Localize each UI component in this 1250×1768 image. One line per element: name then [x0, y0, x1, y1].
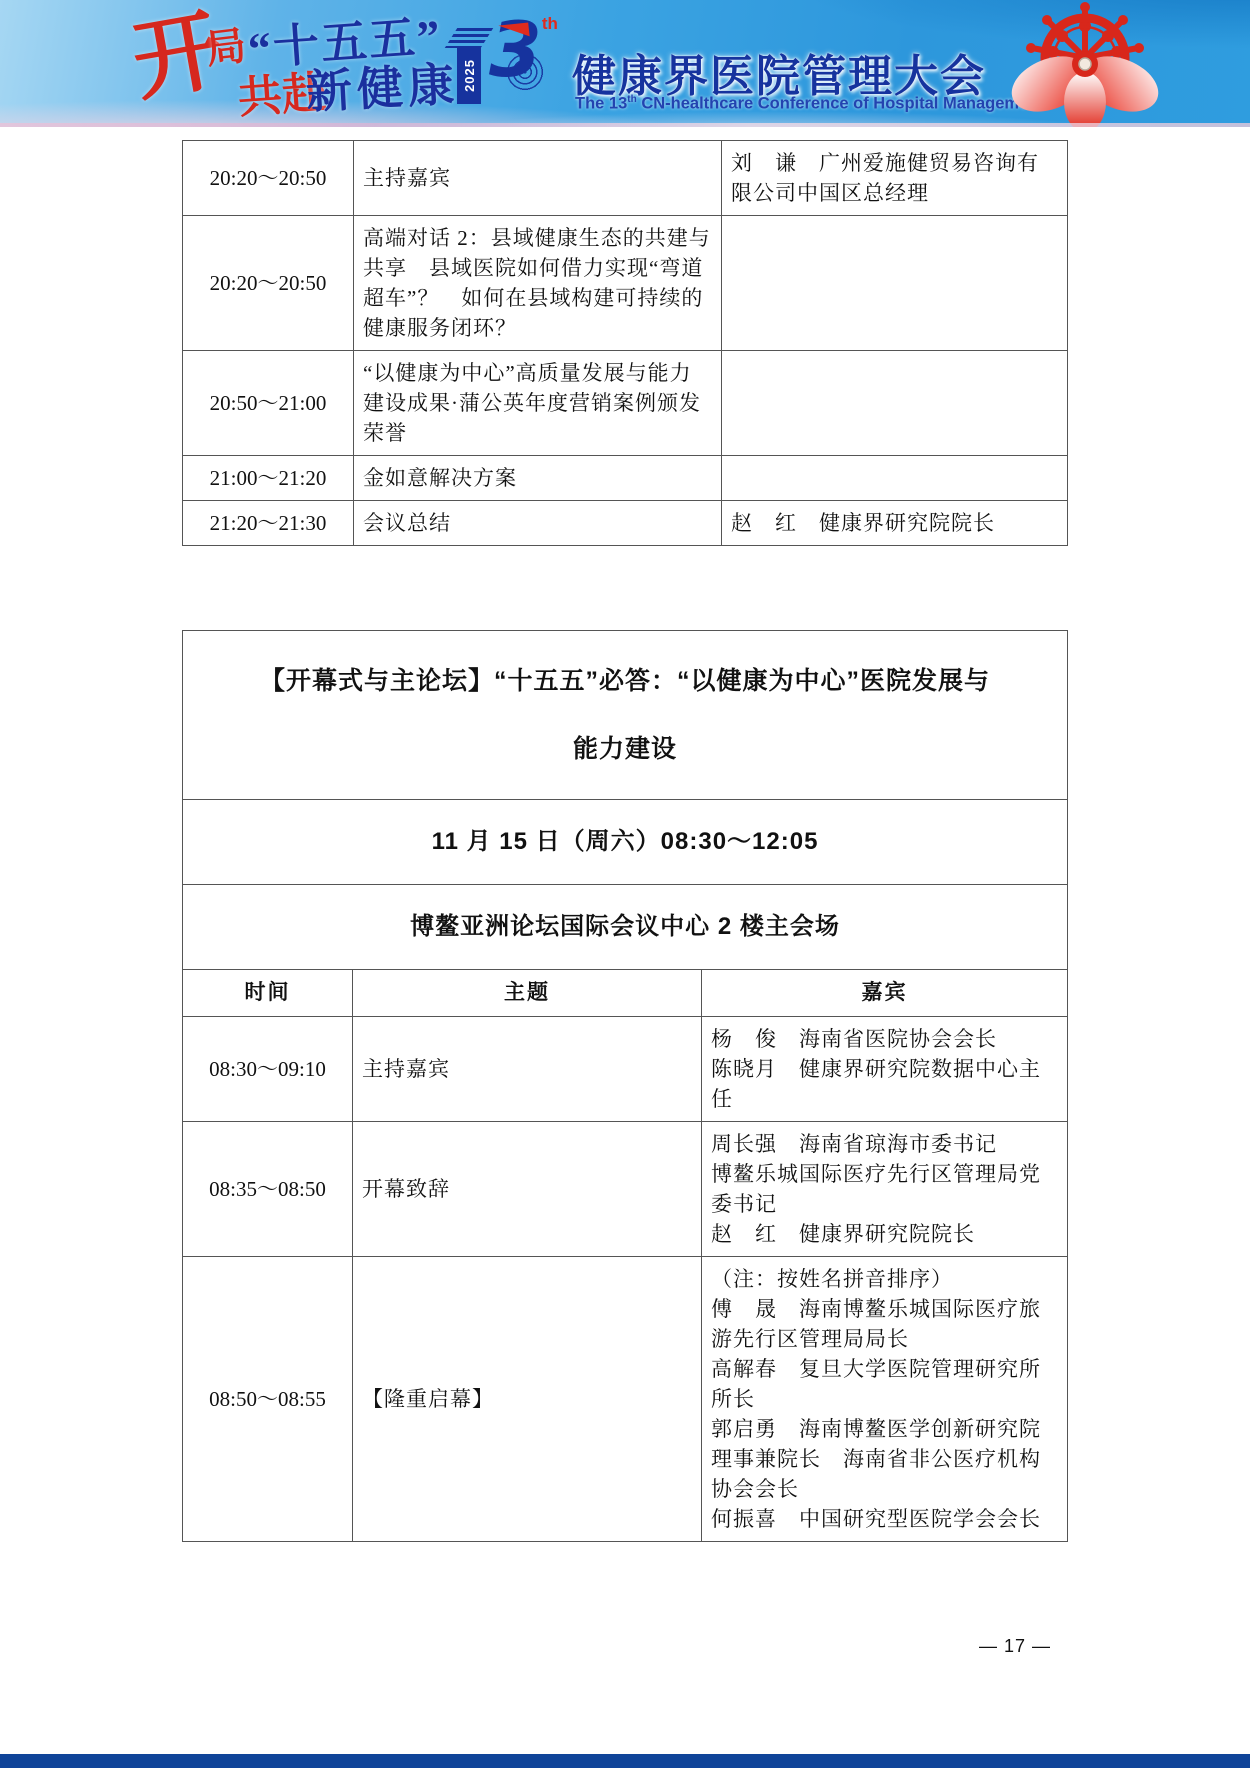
logo-numeral-1: 2025: [455, 26, 487, 104]
section-datetime: 11 月 15 日（周六）08:30～12:05: [183, 800, 1068, 885]
guest-cell: 杨 俊 海南省医院协会会长 陈晓月 健康界研究院数据中心主任: [702, 1017, 1068, 1122]
section-venue-row: 博鳌亚洲论坛国际会议中心 2 楼主会场: [183, 885, 1068, 970]
logo-stripes: [445, 28, 493, 48]
conference-banner: 开 局 “十五五” 共赴 新健康 2025 3 th 健康界医院管理大会 The…: [0, 0, 1250, 127]
topic-cell: 开幕致辞: [353, 1122, 702, 1257]
topic-cell: 会议总结: [354, 501, 722, 546]
opening-forum-table: 【开幕式与主论坛】“十五五”必答：“以健康为中心”医院发展与 能力建设 11 月…: [182, 630, 1068, 1542]
table-row: 21:00～21:20 金如意解决方案: [183, 456, 1068, 501]
guest-cell: （注：按姓名拼音排序） 傅 晟 海南博鳌乐城国际医疗旅游先行区管理局局长 高解春…: [702, 1257, 1068, 1542]
time-cell: 21:20～21:30: [183, 501, 354, 546]
time-cell: 21:00～21:20: [183, 456, 354, 501]
topic-cell: 【隆重启幕】: [353, 1257, 702, 1542]
logo-concentric-arcs: [505, 52, 545, 92]
topic-cell: 主持嘉宾: [354, 141, 722, 216]
table-row: 21:20～21:30 会议总结 赵 红 健康界研究院院长: [183, 501, 1068, 546]
page-number: — 17 —: [940, 1636, 1090, 1657]
slogan-ju: 局: [204, 26, 249, 71]
topic-cell: 主持嘉宾: [353, 1017, 702, 1122]
column-header-row: 时间 主题 嘉宾: [183, 970, 1068, 1017]
table-row: 20:20～20:50 主持嘉宾 刘 谦 广州爱施健贸易咨询有限公司中国区总经理: [183, 141, 1068, 216]
table-row: 08:35～08:50 开幕致辞 周长强 海南省琼海市委书记 博鳌乐城国际医疗先…: [183, 1122, 1068, 1257]
logo-13th: 2025 3 th: [455, 26, 542, 116]
evening-agenda-table: 20:20～20:50 主持嘉宾 刘 谦 广州爱施健贸易咨询有限公司中国区总经理…: [182, 140, 1068, 546]
section-venue: 博鳌亚洲论坛国际会议中心 2 楼主会场: [183, 885, 1068, 970]
column-header-topic: 主题: [353, 970, 702, 1017]
guest-cell: 赵 红 健康界研究院院长: [722, 501, 1068, 546]
ship-wheel-icon: [990, 0, 1180, 127]
footer-bar: [0, 1754, 1250, 1768]
time-cell: 20:50～21:00: [183, 351, 354, 456]
time-cell: 20:20～20:50: [183, 141, 354, 216]
guest-cell: [722, 216, 1068, 351]
section-title-row: 【开幕式与主论坛】“十五五”必答：“以健康为中心”医院发展与 能力建设: [183, 631, 1068, 800]
table-row: 20:20～20:50 高端对话 2：县域健康生态的共建与共享 县域医院如何借力…: [183, 216, 1068, 351]
guest-cell: [722, 456, 1068, 501]
column-header-guest: 嘉宾: [702, 970, 1068, 1017]
section-title: 【开幕式与主论坛】“十五五”必答：“以健康为中心”医院发展与 能力建设: [183, 631, 1068, 800]
table-row: 08:30～09:10 主持嘉宾 杨 俊 海南省医院协会会长 陈晓月 健康界研究…: [183, 1017, 1068, 1122]
section-date-row: 11 月 15 日（周六）08:30～12:05: [183, 800, 1068, 885]
topic-cell: 金如意解决方案: [354, 456, 722, 501]
time-cell: 08:30～09:10: [183, 1017, 353, 1122]
guest-cell: 周长强 海南省琼海市委书记 博鳌乐城国际医疗先行区管理局党委书记 赵 红 健康界…: [702, 1122, 1068, 1257]
time-cell: 08:50～08:55: [183, 1257, 353, 1542]
logo-th-suffix: th: [542, 14, 558, 34]
guest-cell: [722, 351, 1068, 456]
time-cell: 08:35～08:50: [183, 1122, 353, 1257]
table-row: 08:50～08:55 【隆重启幕】 （注：按姓名拼音排序） 傅 晟 海南博鳌乐…: [183, 1257, 1068, 1542]
conference-title-en: The 13th CN-healthcare Conference of Hos…: [575, 94, 1044, 114]
table-row: 20:50～21:00 “以健康为中心”高质量发展与能力建设成果·蒲公英年度营销…: [183, 351, 1068, 456]
slogan-xinjiankang: 新健康: [305, 62, 460, 116]
logo-numeral-3: 3 th: [489, 12, 542, 88]
topic-cell: “以健康为中心”高质量发展与能力建设成果·蒲公英年度营销案例颁发荣誉: [354, 351, 722, 456]
topic-cell: 高端对话 2：县域健康生态的共建与共享 县域医院如何借力实现“弯道超车”？ 如何…: [354, 216, 722, 351]
guest-cell: 刘 谦 广州爱施健贸易咨询有限公司中国区总经理: [722, 141, 1068, 216]
time-cell: 20:20～20:50: [183, 216, 354, 351]
logo-year-box: 2025: [457, 46, 481, 104]
logo-year: 2025: [462, 59, 477, 92]
column-header-time: 时间: [183, 970, 353, 1017]
